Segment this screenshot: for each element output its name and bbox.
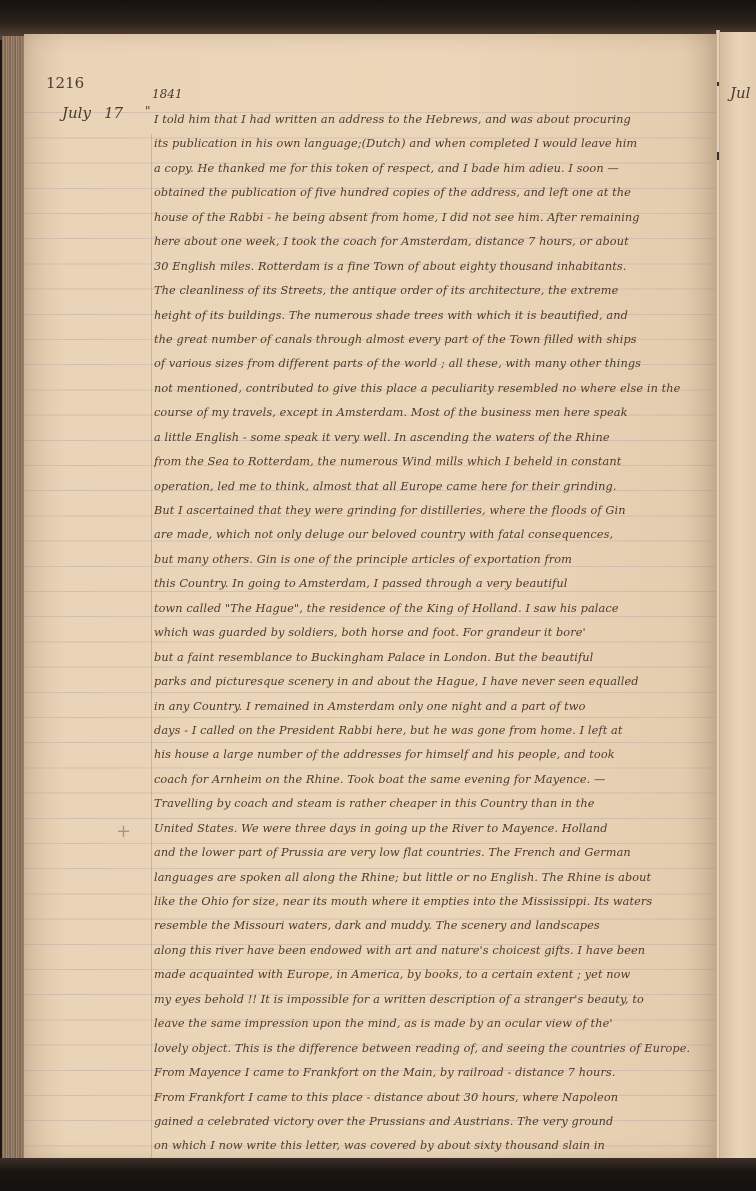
text-line: 30 English miles. Rotterdam is a fine To…: [154, 255, 704, 279]
year-heading: 1841: [152, 87, 183, 101]
text-line: lovely object. This is the difference be…: [154, 1037, 704, 1061]
text-line: made acquainted with Europe, in America,…: [154, 963, 704, 987]
ditto-mark: ": [145, 104, 151, 118]
text-line: coach for Arnheim on the Rhine. Took boa…: [154, 768, 704, 792]
text-line: languages are spoken all along the Rhine…: [154, 866, 704, 890]
text-line: Travelling by coach and steam is rather …: [154, 792, 704, 816]
text-line: town called "The Hague", the residence o…: [154, 597, 704, 621]
text-line: a copy. He thanked me for this token of …: [154, 157, 704, 181]
text-line: But I ascertained that they were grindin…: [154, 499, 704, 523]
margin-rule: [151, 134, 152, 1160]
ink-spot: [717, 152, 719, 160]
text-line: resemble the Missouri waters, dark and m…: [154, 914, 704, 938]
text-line: on which I now write this letter, was co…: [154, 1134, 704, 1158]
page-stack-edge: [2, 36, 25, 1161]
text-line: a little English - some speak it very we…: [154, 426, 704, 450]
text-line: from the Sea to Rotterdam, the numerous …: [154, 450, 704, 474]
text-line: this Country. In going to Amsterdam, I p…: [154, 572, 704, 596]
text-line: United States. We were three days in goi…: [154, 817, 704, 841]
text-line: parks and picturesque scenery in and abo…: [154, 670, 704, 694]
text-line: obtained the publication of five hundred…: [154, 181, 704, 205]
text-line: of various sizes from different parts of…: [154, 352, 704, 376]
text-line: along this river have been endowed with …: [154, 939, 704, 963]
text-line: operation, led me to think, almost that …: [154, 475, 704, 499]
page-number: 1216: [46, 74, 84, 92]
text-line: but a faint resemblance to Buckingham Pa…: [154, 646, 704, 670]
date-month: July: [62, 104, 91, 122]
book-bottom-edge: [0, 1158, 756, 1191]
facing-page-date: Jul: [730, 84, 750, 102]
letter-body: I told him that I had written an address…: [154, 108, 704, 1183]
text-line: house of the Rabbi - he being absent fro…: [154, 206, 704, 230]
margin-pencil-mark: +: [116, 821, 131, 842]
text-line: my eyes behold !! It is impossible for a…: [154, 988, 704, 1012]
ink-spot: [717, 82, 719, 86]
text-line: the great number of canals through almos…: [154, 328, 704, 352]
text-line: his house a large number of the addresse…: [154, 743, 704, 767]
text-line: in any Country. I remained in Amsterdam …: [154, 695, 704, 719]
text-line: and the lower part of Prussia are very l…: [154, 841, 704, 865]
text-line: which was guarded by soldiers, both hors…: [154, 621, 704, 645]
text-line: like the Ohio for size, near its mouth w…: [154, 890, 704, 914]
text-line: The cleanliness of its Streets, the anti…: [154, 279, 704, 303]
text-line: gained a celebrated victory over the Pru…: [154, 1110, 704, 1134]
date-day: 17: [104, 104, 123, 122]
text-line: I told him that I had written an address…: [154, 108, 704, 132]
text-line: days - I called on the President Rabbi h…: [154, 719, 704, 743]
text-line: From Frankfort I came to this place - di…: [154, 1086, 704, 1110]
ledger-page: 1216 1841 July 17 " + I told him that I …: [24, 34, 716, 1160]
text-line: leave the same impression upon the mind,…: [154, 1012, 704, 1036]
text-line: its publication in his own language;(Dut…: [154, 132, 704, 156]
text-line: height of its buildings. The numerous sh…: [154, 304, 704, 328]
facing-page-edge: Jul: [720, 32, 756, 1158]
text-line: here about one week, I took the coach fo…: [154, 230, 704, 254]
text-line: course of my travels, except in Amsterda…: [154, 401, 704, 425]
text-line: not mentioned, contributed to give this …: [154, 377, 704, 401]
text-line: From Mayence I came to Frankfort on the …: [154, 1061, 704, 1085]
text-line: but many others. Gin is one of the princ…: [154, 548, 704, 572]
text-line: are made, which not only deluge our belo…: [154, 523, 704, 547]
